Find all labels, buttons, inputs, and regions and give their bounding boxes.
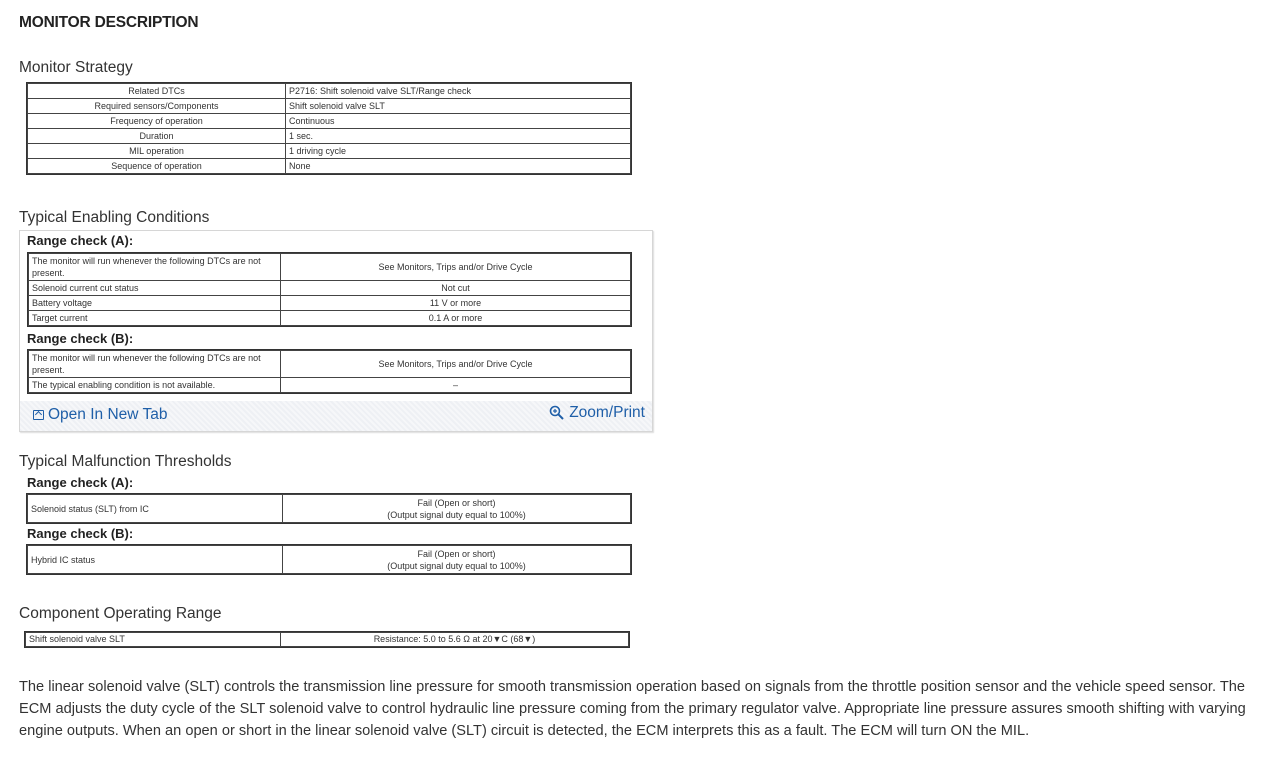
table-row: Sequence of operation None — [28, 159, 631, 174]
row-value: Resistance: 5.0 to 5.6 Ω at 20▼C (68▼) — [281, 633, 629, 647]
row-value: Fail (Open or short) (Output signal duty… — [283, 546, 631, 574]
table-row: MIL operation 1 driving cycle — [28, 144, 631, 159]
range-check-a-heading: Range check (A): — [27, 233, 133, 248]
row-label: Shift solenoid valve SLT — [26, 633, 281, 647]
row-value: Fail (Open or short) (Output signal duty… — [283, 495, 631, 523]
table-row: Solenoid status (SLT) from IC Fail (Open… — [28, 495, 631, 523]
table-row: The monitor will run whenever the follow… — [29, 351, 631, 378]
row-value: See Monitors, Trips and/or Drive Cycle — [281, 351, 631, 378]
row-label: Related DTCs — [28, 84, 286, 99]
row-label: Frequency of operation — [28, 114, 286, 129]
row-value: None — [286, 159, 631, 174]
row-label: The monitor will run whenever the follow… — [29, 254, 281, 281]
table-row: The monitor will run whenever the follow… — [29, 254, 631, 281]
enabling-conditions-title: Typical Enabling Conditions — [19, 209, 209, 227]
row-value: Shift solenoid valve SLT — [286, 99, 631, 114]
value-line-1: Fail (Open or short) — [286, 497, 627, 509]
malfunction-range-b-heading: Range check (B): — [27, 526, 133, 541]
enabling-range-b-table: The monitor will run whenever the follow… — [28, 350, 631, 393]
row-value: – — [281, 378, 631, 393]
row-label: Solenoid current cut status — [29, 281, 281, 296]
table-row: Related DTCs P2716: Shift solenoid valve… — [28, 84, 631, 99]
malfunction-range-a-heading: Range check (A): — [27, 475, 133, 490]
row-value: 1 sec. — [286, 129, 631, 144]
row-value: 1 driving cycle — [286, 144, 631, 159]
table-row: Frequency of operation Continuous — [28, 114, 631, 129]
malfunction-thresholds-title: Typical Malfunction Thresholds — [19, 453, 232, 471]
description-paragraph: The linear solenoid valve (SLT) controls… — [19, 676, 1249, 742]
component-range-title: Component Operating Range — [19, 605, 222, 623]
table-row: Battery voltage 11 V or more — [29, 296, 631, 311]
row-label: Sequence of operation — [28, 159, 286, 174]
row-value: 11 V or more — [281, 296, 631, 311]
row-label: Target current — [29, 311, 281, 326]
row-label: The monitor will run whenever the follow… — [29, 351, 281, 378]
row-value: P2716: Shift solenoid valve SLT/Range ch… — [286, 84, 631, 99]
malfunction-range-a-table: Solenoid status (SLT) from IC Fail (Open… — [27, 494, 631, 523]
value-line-2: (Output signal duty equal to 100%) — [286, 560, 627, 572]
enabling-conditions-panel: Range check (A): The monitor will run wh… — [19, 230, 653, 432]
enabling-range-a-table: The monitor will run whenever the follow… — [28, 253, 631, 326]
open-new-tab-label: Open In New Tab — [48, 406, 167, 424]
table-row: Duration 1 sec. — [28, 129, 631, 144]
table-row: The typical enabling condition is not av… — [29, 378, 631, 393]
page-title: MONITOR DESCRIPTION — [19, 14, 198, 32]
row-label: Solenoid status (SLT) from IC — [28, 495, 283, 523]
zoom-print-link[interactable]: Zoom/Print — [549, 404, 645, 422]
table-row: Solenoid current cut status Not cut — [29, 281, 631, 296]
row-label: Hybrid IC status — [28, 546, 283, 574]
monitor-strategy-title: Monitor Strategy — [19, 59, 133, 77]
row-label: Battery voltage — [29, 296, 281, 311]
zoom-print-label: Zoom/Print — [569, 404, 645, 422]
open-new-tab-link[interactable]: Open In New Tab — [33, 406, 167, 424]
row-label: Duration — [28, 129, 286, 144]
value-line-1: Fail (Open or short) — [286, 548, 627, 560]
open-new-tab-icon — [33, 410, 44, 420]
row-value: 0.1 A or more — [281, 311, 631, 326]
row-label: MIL operation — [28, 144, 286, 159]
component-range-table: Shift solenoid valve SLT Resistance: 5.0… — [25, 632, 629, 647]
malfunction-range-b-table: Hybrid IC status Fail (Open or short) (O… — [27, 545, 631, 574]
table-row: Target current 0.1 A or more — [29, 311, 631, 326]
row-value: See Monitors, Trips and/or Drive Cycle — [281, 254, 631, 281]
row-value: Continuous — [286, 114, 631, 129]
value-line-2: (Output signal duty equal to 100%) — [286, 509, 627, 521]
row-value: Not cut — [281, 281, 631, 296]
row-label: Required sensors/Components — [28, 99, 286, 114]
row-label: The typical enabling condition is not av… — [29, 378, 281, 393]
zoom-icon — [549, 405, 565, 421]
panel-footer: Open In New Tab Zoom/Print — [20, 401, 652, 431]
table-row: Hybrid IC status Fail (Open or short) (O… — [28, 546, 631, 574]
table-row: Shift solenoid valve SLT Resistance: 5.0… — [26, 633, 629, 647]
range-check-b-heading: Range check (B): — [27, 331, 133, 346]
table-row: Required sensors/Components Shift soleno… — [28, 99, 631, 114]
monitor-strategy-table: Related DTCs P2716: Shift solenoid valve… — [27, 83, 631, 174]
